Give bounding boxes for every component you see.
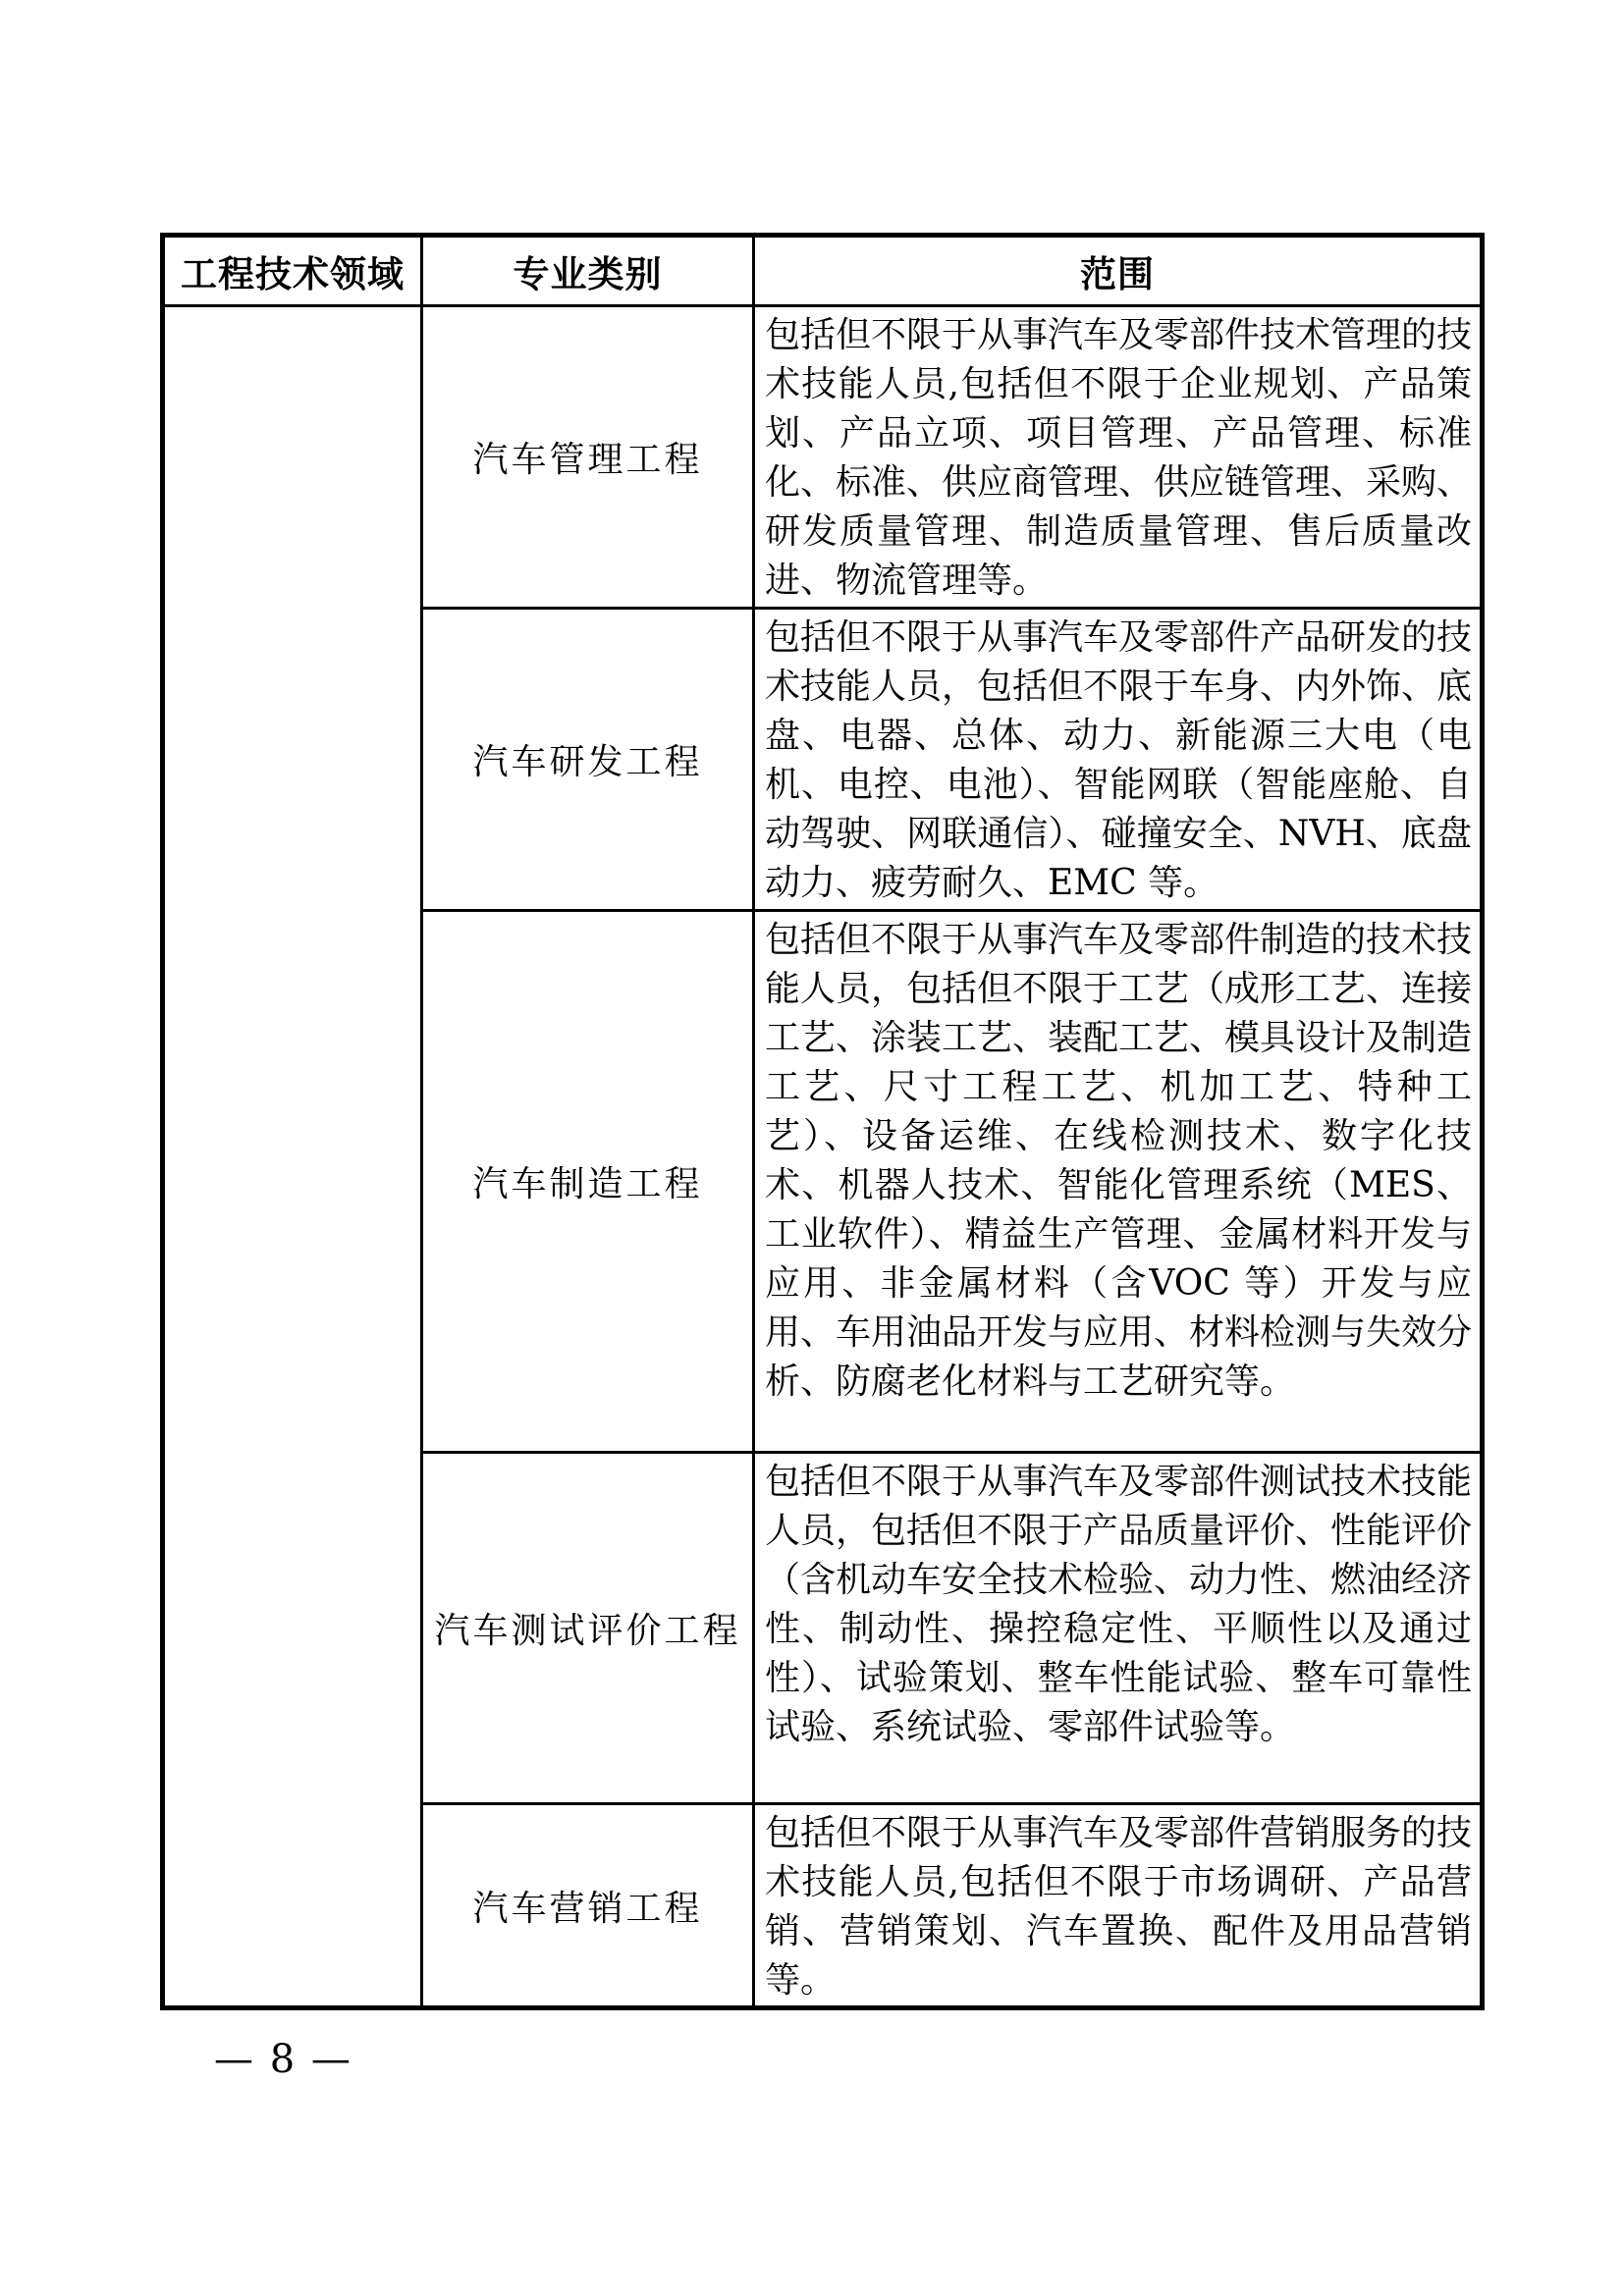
scope-cell-auto-manufacturing: 包括但不限于从事汽车及零部件制造的技术技能人员，包括但不限于工艺（成形工艺、连接…	[754, 911, 1483, 1453]
document-page: 工程技术领域 专业类别 范围 汽车管理工程 包括但不限于从事汽车及零部件技术管理…	[0, 0, 1624, 2296]
category-cell-auto-manufacturing: 汽车制造工程	[422, 911, 754, 1453]
category-cell-auto-testing: 汽车测试评价工程	[422, 1453, 754, 1804]
scope-cell-auto-management: 包括但不限于从事汽车及零部件技术管理的技术技能人员,包括但不限于企业规划、产品策…	[754, 306, 1483, 609]
page-number: — 8 —	[214, 2037, 352, 2082]
column-header-engineering-field: 工程技术领域	[163, 236, 422, 306]
table-row: 汽车管理工程 包括但不限于从事汽车及零部件技术管理的技术技能人员,包括但不限于企…	[163, 306, 1483, 609]
scope-cell-auto-rnd: 包括但不限于从事汽车及零部件产品研发的技术技能人员，包括但不限于车身、内外饰、底…	[754, 609, 1483, 911]
column-header-scope: 范围	[754, 236, 1483, 306]
category-cell-auto-management: 汽车管理工程	[422, 306, 754, 609]
scope-cell-auto-testing: 包括但不限于从事汽车及零部件测试技术技能人员，包括但不限于产品质量评价、性能评价…	[754, 1453, 1483, 1804]
category-cell-auto-marketing: 汽车营销工程	[422, 1804, 754, 2008]
table-header-row: 工程技术领域 专业类别 范围	[163, 236, 1483, 306]
engineering-field-merged-cell	[163, 306, 422, 2008]
category-cell-auto-rnd: 汽车研发工程	[422, 609, 754, 911]
engineering-fields-table: 工程技术领域 专业类别 范围 汽车管理工程 包括但不限于从事汽车及零部件技术管理…	[160, 233, 1485, 2010]
scope-cell-auto-marketing: 包括但不限于从事汽车及零部件营销服务的技术技能人员,包括但不限于市场调研、产品营…	[754, 1804, 1483, 2008]
column-header-professional-category: 专业类别	[422, 236, 754, 306]
